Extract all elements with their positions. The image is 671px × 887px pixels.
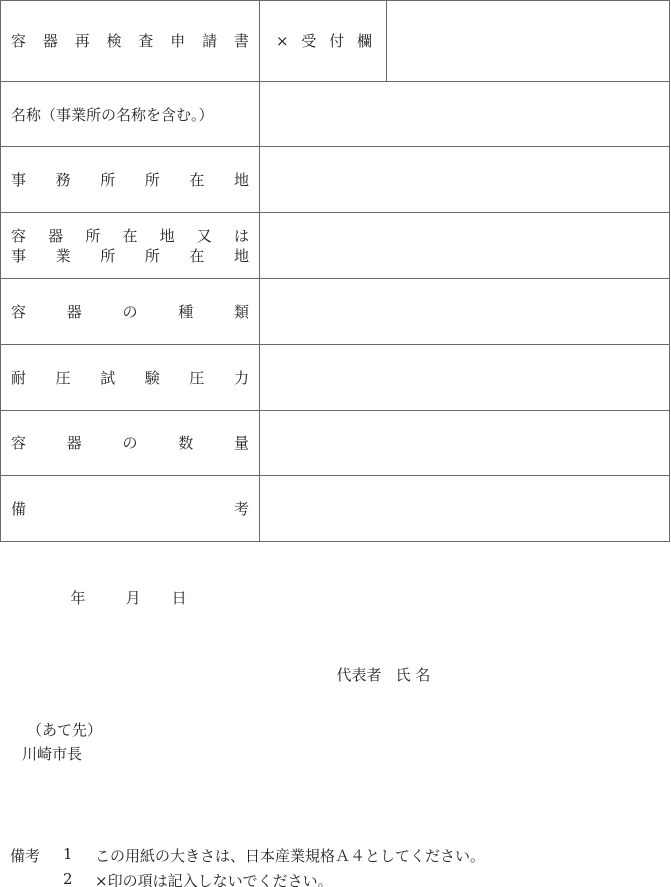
label-char: 所: [100, 170, 115, 190]
form-title-cell: 容器再検査申請書: [1, 1, 260, 82]
label-name-text: 名称（事業所の名称を含む。）: [1, 104, 259, 125]
label-char: 類: [234, 302, 249, 322]
label-char: 再: [75, 31, 90, 51]
label-char: 圧: [56, 368, 71, 388]
label-char: 容: [11, 226, 26, 246]
form-row-remarks: 備考: [1, 476, 670, 542]
form-title: 容器再検査申請書: [1, 31, 259, 51]
label-char: 務: [56, 170, 71, 190]
receipt-field[interactable]: [387, 1, 670, 82]
label-char: 所: [145, 246, 160, 266]
label-char: 地: [160, 226, 175, 246]
date-line: 年月日: [61, 569, 187, 608]
form-row-container-type: 容器の種類: [1, 279, 670, 345]
label-char: 器: [48, 226, 63, 246]
label-char: 容: [11, 433, 26, 453]
label-char: 容: [11, 31, 26, 51]
label-char: 受: [301, 31, 316, 51]
label-remarks-text: 備考: [1, 499, 259, 519]
quantity-field[interactable]: [260, 411, 670, 476]
office-address-field[interactable]: [260, 147, 670, 213]
test-pressure-field[interactable]: [260, 345, 670, 411]
container-location-field[interactable]: [260, 213, 670, 279]
representative-line: 代表者氏 名: [327, 646, 430, 685]
addressee-name: 川崎市長: [22, 743, 82, 764]
label-container-location-text: 容器所在地又は 事業所所在地: [1, 226, 259, 266]
label-char: 圧: [189, 368, 204, 388]
label-char: 量: [234, 433, 249, 453]
label-char: 検: [107, 31, 122, 51]
label-char: ×: [276, 31, 289, 51]
label-char: 力: [234, 368, 249, 388]
label-char: 種: [178, 302, 193, 322]
addressee-prefix: （あて先）: [27, 719, 102, 740]
label-container-type-text: 容器の種類: [1, 302, 259, 322]
note-1-text: この用紙の大きさは、日本産業規格Ａ４としてください。: [95, 845, 485, 866]
label-char: 所: [145, 170, 160, 190]
label-char: 容: [11, 302, 26, 322]
label-line-1: 容器所在地又は: [11, 226, 249, 246]
form-row-quantity: 容器の数量: [1, 411, 670, 476]
label-container-type: 容器の種類: [1, 279, 260, 345]
label-char: 付: [329, 31, 344, 51]
label-char: 所: [85, 226, 100, 246]
label-char: の: [122, 433, 137, 453]
representative-name-label: 氏 名: [396, 666, 431, 684]
label-char: 数: [178, 433, 193, 453]
note-1-number: 1: [63, 845, 73, 863]
label-char: の: [122, 302, 137, 322]
label-container-location: 容器所在地又は 事業所所在地: [1, 213, 260, 279]
label-char: 器: [67, 433, 82, 453]
date-year: 年: [71, 587, 86, 608]
label-office-address: 事務所所在地: [1, 147, 260, 213]
container-type-field[interactable]: [260, 279, 670, 345]
form-row-test-pressure: 耐圧試験圧力: [1, 345, 670, 411]
representative-label: 代表者: [337, 666, 382, 684]
label-char: 請: [202, 31, 217, 51]
label-char: 事: [11, 246, 26, 266]
form-row-name: 名称（事業所の名称を含む。）: [1, 82, 670, 147]
label-char: 所: [100, 246, 115, 266]
label-char: 在: [122, 226, 137, 246]
label-char: 地: [234, 246, 249, 266]
label-quantity: 容器の数量: [1, 411, 260, 476]
label-char: 験: [145, 368, 160, 388]
label-line-2: 事業所所在地: [11, 246, 249, 266]
label-test-pressure-text: 耐圧試験圧力: [1, 368, 259, 388]
form-row-container-location: 容器所在地又は 事業所所在地: [1, 213, 670, 279]
receipt-label: ×受付欄: [260, 31, 386, 51]
label-char: 在: [189, 246, 204, 266]
label-quantity-text: 容器の数量: [1, 433, 259, 453]
note-2-text: ×印の項は記入しないでください。: [95, 870, 333, 887]
receipt-label-cell: ×受付欄: [260, 1, 387, 82]
label-char: 欄: [357, 31, 372, 51]
remarks-field[interactable]: [260, 476, 670, 542]
form-row-office-address: 事務所所在地: [1, 147, 670, 213]
label-office-address-text: 事務所所在地: [1, 170, 259, 190]
label-char: 耐: [11, 368, 26, 388]
label-name: 名称（事業所の名称を含む。）: [1, 82, 260, 147]
label-char: 査: [138, 31, 153, 51]
label-char: 考: [234, 499, 249, 519]
label-char: 業: [56, 246, 71, 266]
date-month: 月: [126, 587, 141, 608]
notes-heading: 備考: [10, 845, 40, 866]
date-day: 日: [172, 587, 187, 608]
label-char: 器: [67, 302, 82, 322]
label-remarks: 備考: [1, 476, 260, 542]
label-char: 備: [11, 499, 26, 519]
label-char: 試: [100, 368, 115, 388]
title-row: 容器再検査申請書 ×受付欄: [1, 1, 670, 82]
label-char: 器: [43, 31, 58, 51]
note-2-number: 2: [63, 870, 73, 887]
label-test-pressure: 耐圧試験圧力: [1, 345, 260, 411]
label-char: 又: [197, 226, 212, 246]
label-char: 書: [234, 31, 249, 51]
label-char: 地: [234, 170, 249, 190]
label-char: 事: [11, 170, 26, 190]
label-char: は: [234, 226, 249, 246]
label-char: 申: [170, 31, 185, 51]
label-char: 在: [189, 170, 204, 190]
name-field[interactable]: [260, 82, 670, 147]
application-form-table: 容器再検査申請書 ×受付欄 名称（事業所の名称を含む。） 事務所所在地 容器所在…: [0, 0, 670, 542]
